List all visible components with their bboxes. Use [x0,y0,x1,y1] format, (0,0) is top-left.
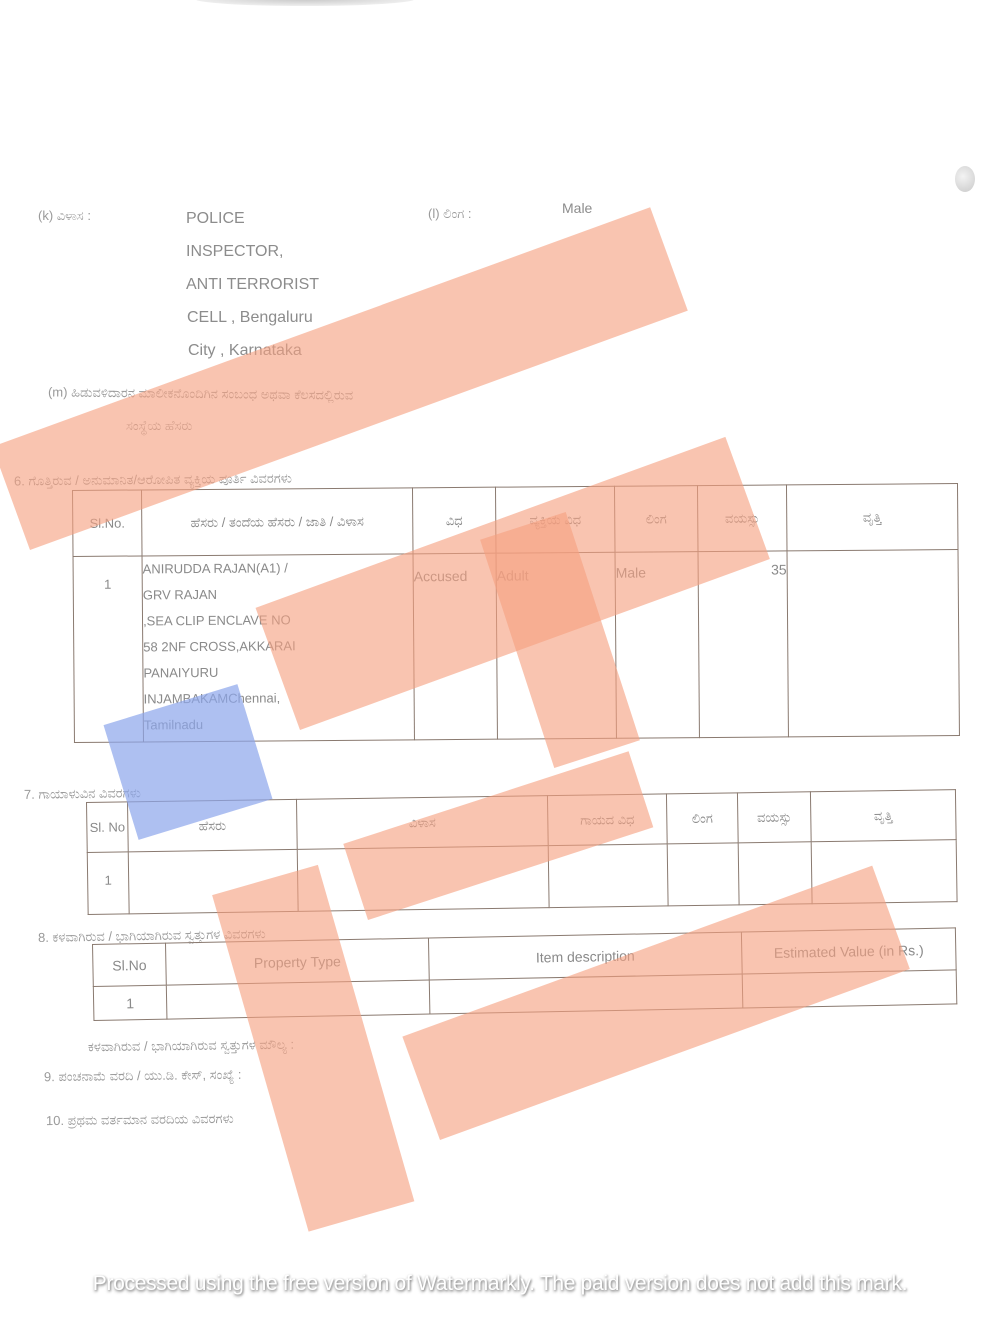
cell-name [128,849,298,914]
address-line: INJAMBAKAMChennai, [144,684,414,712]
m-label-line1: (m) ಹಿಡುವಳಿದಾರನ ಮಾಲೀಕನೊಂದಿಗಿನ ಸಂಬಂಧ ಅಥವಾ… [48,384,353,403]
cell-slno: 1 [93,985,167,1020]
injured-table: Sl. No ಹೆಸರು ವಿಳಾಸ ಗಾಯದ ವಿಧ ಲಿಂಗ ವಯಸ್ಸು … [86,789,958,915]
col-header-injury-type: ಗಾಯದ ವಿಧ [547,794,667,846]
col-header-type: ವಿಧ [412,487,496,554]
cell-estimated-value [742,970,957,1008]
col-header-slno: Sl.No [93,943,167,986]
cell-slno: 1 [87,852,129,915]
address-line: 58 2NF CROSS,AKKARAI [143,632,413,660]
cell-injury-type [548,844,668,908]
address-line: PANAIYURU [143,658,413,686]
address-line: CELL , Bengaluru [187,309,313,327]
address-label: (k) ವಿಳಾಸ : [38,208,91,224]
table-row: 1 ANIRUDDA RAJAN(A1) / GRV RAJAN ,SEA CL… [73,550,959,743]
cell-age: 35 [698,551,788,738]
col-header-person-type: ವ್ಯಕ್ತಿಯ ವಿಧ [495,486,615,553]
name-line: GRV RAJAN [143,580,413,608]
table-header-row: Sl.No. ಹೆಸರು / ತಂದೆಯ ಹೆಸರು / ಜಾತಿ / ವಿಳಾ… [73,484,958,557]
scanned-document-page: (k) ವಿಳಾಸ : POLICE INSPECTOR, ANTI TERRO… [0,0,1000,1322]
address-line: ,SEA CLIP ENCLAVE NO [143,606,413,634]
cell-address [297,846,549,912]
col-header-gender: ಲಿಂಗ [614,486,698,553]
cell-age [738,842,812,905]
col-header-age: ವಯಸ್ಸು [697,485,787,552]
property-total-label: ಕಳವಾಗಿರುವ / ಭಾಗಿಯಾಗಿರುವ ಸ್ವತ್ತುಗಳ ಮೌಲ್ಯ … [88,1037,294,1056]
cell-property-type [166,980,430,1019]
address-line: City , Karnataka [188,342,302,360]
cell-occupation [811,840,957,904]
address-line: ANTI TERRORIST [186,276,319,294]
col-header-name: ಹೆಸರು [128,799,298,852]
scan-smudge [195,0,415,6]
scan-blot [955,166,975,192]
col-header-address: ವಿಳಾಸ [296,796,548,850]
cell-name-address: ANIRUDDA RAJAN(A1) / GRV RAJAN ,SEA CLIP… [142,554,414,742]
col-header-property-type: Property Type [165,938,429,985]
accused-table: Sl.No. ಹೆಸರು / ತಂದೆಯ ಹೆಸರು / ಜಾತಿ / ವಿಳಾ… [72,483,960,743]
address-line: POLICE [186,210,245,228]
col-header-slno: Sl. No [87,802,129,853]
col-header-occupation: ವೃತ್ತಿ [786,484,958,551]
cell-type: Accused [413,553,497,740]
section-9-title: 9. ಪಂಚನಾಮೆ ವರದಿ / ಯು.ಡಿ. ಕೇಸ್, ಸಂಖ್ಯೆ : [44,1067,242,1085]
section-7-title: 7. ಗಾಯಾಳುವಿನ ವಿವರಗಳು [24,785,141,803]
col-header-occupation: ವೃತ್ತಿ [810,790,956,842]
col-header-gender: ಲಿಂಗ [666,793,738,844]
section-6-title: 6. ಗೊತ್ತಿರುವ / ಅನುಮಾನಿತ/ಆರೋಪಿತ ವ್ಯಕ್ತಿಯ … [14,471,292,490]
watermark-text: Processed using the free version of Wate… [0,1272,1000,1296]
gender-value: Male [562,200,592,216]
cell-occupation [787,550,959,737]
cell-item-description [429,974,743,1014]
gender-label: (l) ಲಿಂಗ : [428,206,471,222]
cell-slno: 1 [73,556,143,743]
property-table: Sl.No Property Type Item description Est… [92,927,957,1021]
table-row: 1 [87,840,957,915]
address-line: INSPECTOR, [186,243,284,261]
col-header-age: ವಯಸ್ಸು [737,792,811,843]
col-header-name: ಹೆಸರು / ತಂದೆಯ ಹೆಸರು / ಜಾತಿ / ವಿಳಾಸ [142,488,414,556]
section-10-title: 10. ಪ್ರಥಮ ವರ್ತಮಾನ ವರದಿಯ ವಿವರಗಳು [46,1111,234,1129]
cell-gender: Male [615,552,699,739]
col-header-estimated-value: Estimated Value (in Rs.) [741,928,956,974]
address-line: Tamilnadu [144,710,414,738]
col-header-item-description: Item description [428,932,742,980]
name-line: ANIRUDDA RAJAN(A1) / [143,554,413,582]
col-header-slno: Sl.No. [73,490,143,557]
m-label-line2: ಸಂಸ್ಥೆಯ ಹೆಸರು [126,418,192,434]
cell-person-type: Adult [496,552,616,739]
cell-gender [667,843,739,906]
